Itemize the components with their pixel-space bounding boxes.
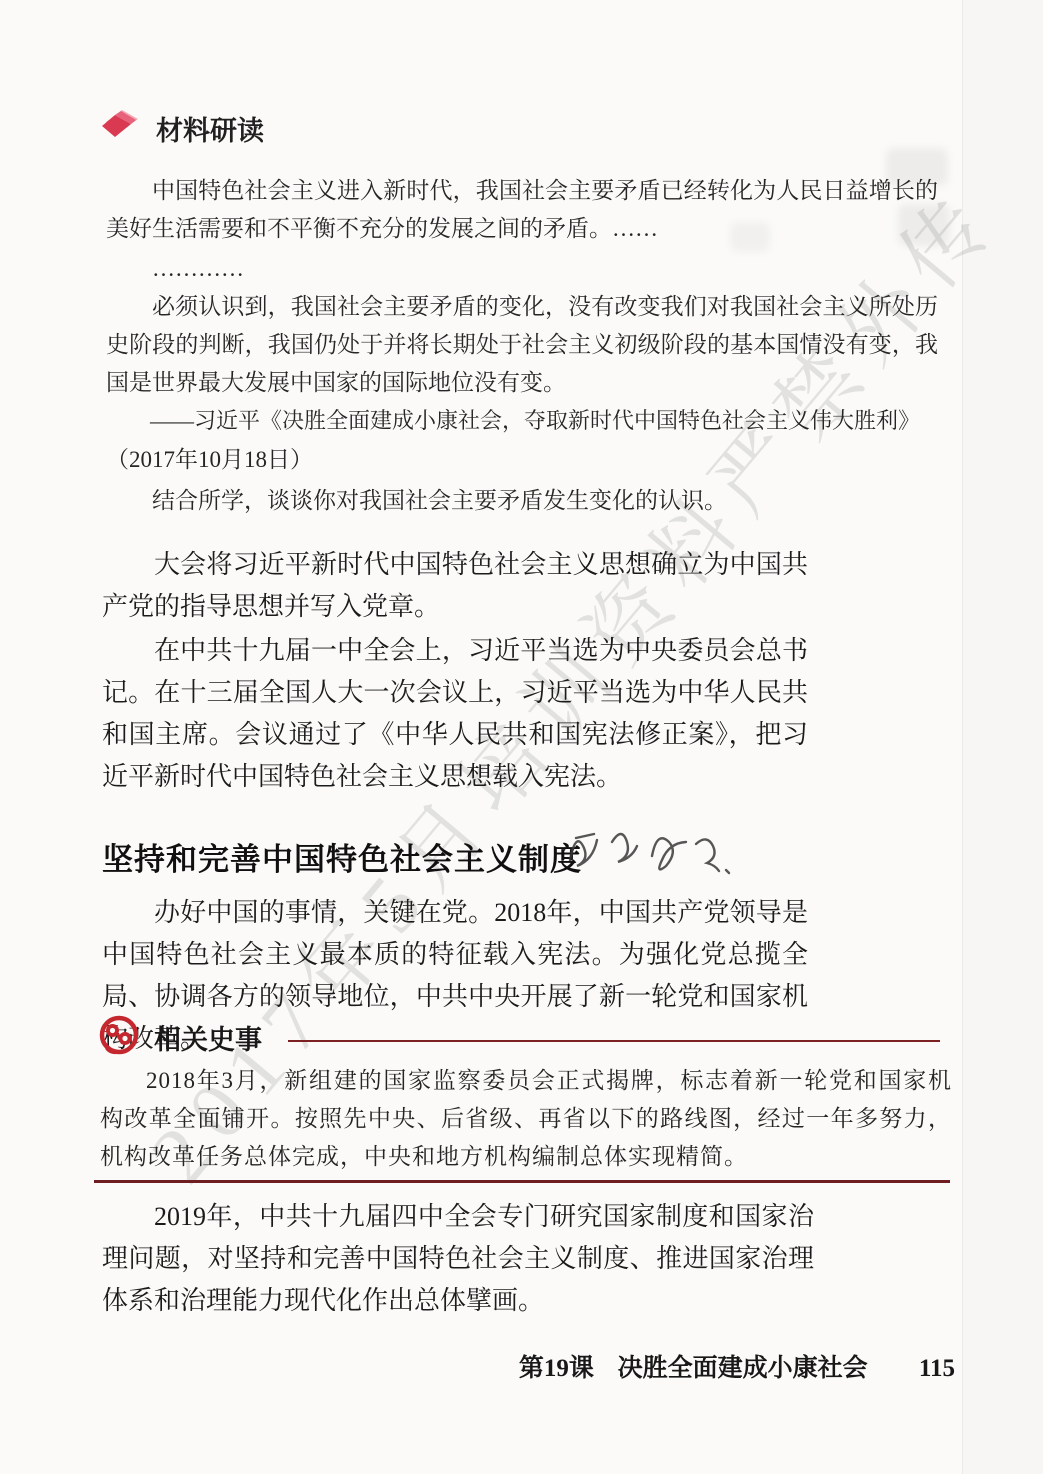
handwritten-annotation [556, 812, 746, 889]
chapter-title: 决胜全面建成小康社会 [618, 1355, 868, 1382]
related-history-header: 相关史事 [96, 1012, 262, 1063]
material-reading-header: 材料研读 [98, 106, 264, 151]
related-history-icon [96, 1012, 142, 1063]
material-reading-label: 材料研读 [156, 109, 264, 148]
quote-ellipsis: ………… [106, 250, 938, 288]
scan-edge-band [963, 0, 1043, 1474]
lesson-number: 第19课 [519, 1355, 594, 1382]
quote-attribution-date: （2017年10月18日） [106, 441, 938, 479]
quote-attribution: ——习近平《决胜全面建成小康社会，夺取新时代中国特色社会主义伟大胜利》 [106, 402, 938, 440]
folder-icon [98, 106, 142, 151]
body-paragraph-1: 大会将习近平新时代中国特色社会主义思想确立为中国共产党的指导思想并写入党章。 [102, 544, 808, 628]
body-paragraph-2: 在中共十九届一中全会上，习近平当选为中央委员会总书记。在十三届全国人大一次会议上… [102, 630, 808, 798]
discussion-question: 结合所学，谈谈你对我国社会主要矛盾发生变化的认识。 [106, 482, 938, 520]
scan-edge-line [962, 0, 963, 1474]
related-history-label: 相关史事 [154, 1018, 262, 1057]
page-number: 115 [919, 1355, 955, 1382]
body-paragraph-4: 2019年，中共十九届四中全会专门研究国家制度和国家治理问题，对坚持和完善中国特… [102, 1196, 814, 1322]
textbook-page: 2017年5月培训资料严禁外传 材料研读 中国特色社会主义进入新时代，我国社会主… [0, 0, 1043, 1474]
quote-paragraph-1: 中国特色社会主义进入新时代，我国社会主要矛盾已经转化为人民日益增长的美好生活需要… [106, 172, 938, 248]
related-history-text: 2018年3月，新组建的国家监察委员会正式揭牌，标志着新一轮党和国家机构改革全面… [100, 1062, 952, 1176]
related-history-bottom-rule [94, 1180, 950, 1183]
page-footer: 第19课 决胜全面建成小康社会 115 [0, 1348, 955, 1384]
quote-paragraph-2: 必须认识到，我国社会主要矛盾的变化，没有改变我们对我国社会主义所处历史阶段的判断… [106, 288, 938, 402]
section-heading: 坚持和完善中国特色社会主义制度 [102, 834, 582, 879]
related-history-header-rule [288, 1040, 940, 1042]
